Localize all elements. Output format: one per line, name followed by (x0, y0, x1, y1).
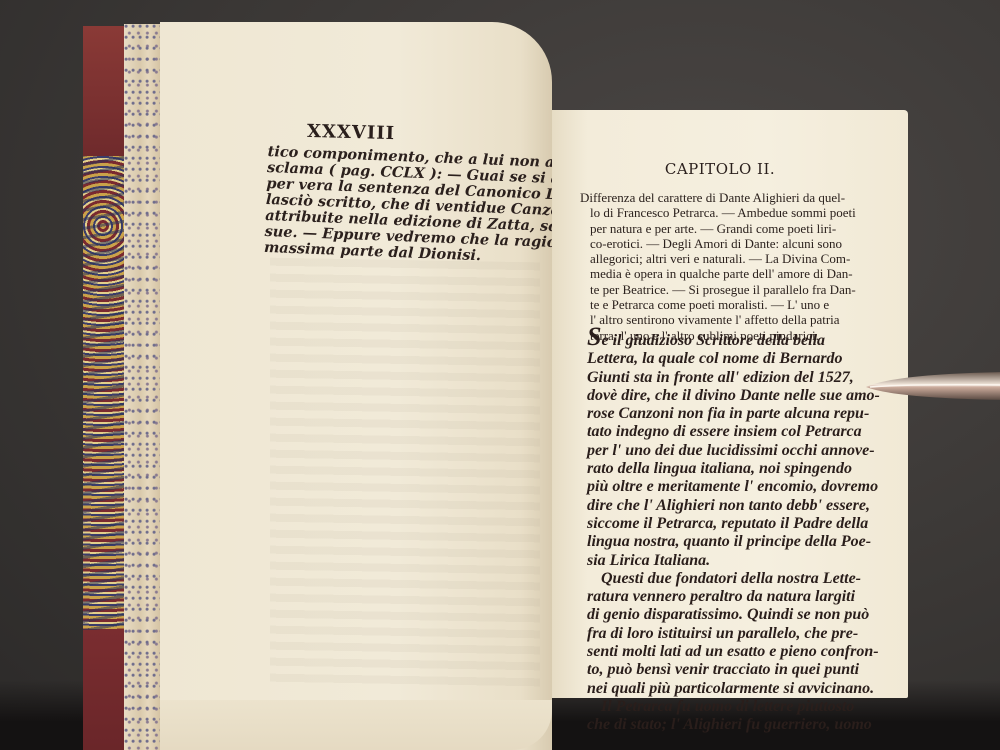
text-line: di genio disparatissimo. Quindi se non p… (587, 606, 887, 624)
text-line: siccome il Petrarca, reputato il Padre d… (587, 515, 887, 533)
text-line: ratura vennero peraltro da natura largit… (587, 588, 887, 606)
text-line: Giunti sta in fronte all' edizion del 15… (587, 369, 887, 387)
drop-cap: S (587, 322, 601, 351)
text-line: che di stato; l' Alighieri fu guerriero,… (587, 716, 887, 734)
speckled-page-edges (124, 24, 164, 750)
chapter-summary: Differenza del carattere di Dante Alighi… (580, 190, 880, 343)
left-page-text: tico componimento, che a lui non apparti… (264, 144, 558, 267)
text-line: nei quali più particolarmente si avvicin… (587, 680, 887, 698)
text-line: lingua nostra, quanto il principe della … (587, 533, 887, 551)
summary-line: allegorici; altri veri e naturali. — La … (580, 251, 880, 266)
text-line: senti molti lati ad un esatto e pieno co… (587, 643, 887, 661)
summary-line: media è opera in qualche parte dell' amo… (580, 266, 880, 281)
text-line: tato indegno di essere insiem col Petrar… (587, 423, 887, 441)
text-line: fra di loro istituirsi un parallelo, che… (587, 625, 887, 643)
text-line: per l' uno dei due lucidissimi occhi ann… (587, 442, 887, 460)
summary-line: l' altro sentirono vivamente l' affetto … (580, 312, 880, 327)
text-line: rato della lingua italiana, noi spingend… (587, 460, 887, 478)
summary-line: co-erotici. — Degli Amori di Dante: alcu… (580, 236, 880, 251)
text-line: dovè dire, che il divino Dante nelle sue… (587, 387, 887, 405)
chapter-title: CAPITOLO II. (555, 160, 885, 178)
text-line-first: Se il giudizioso Scrittore della bella (587, 328, 887, 350)
text-line: più oltre e meritamente l' encomio, dovr… (587, 478, 887, 496)
text-line: to, può bensì venir tracciato in quei pu… (587, 661, 887, 679)
chapter-body: Se il giudizioso Scrittore della bella L… (587, 328, 887, 735)
text-line: rose Canzoni non fia in parte alcuna rep… (587, 405, 887, 423)
summary-line: per natura e per arte. — Grandi come poe… (580, 221, 880, 236)
text-line: Il Petrarca fu uomo di lettere piuttosto (587, 698, 887, 716)
text-line: Questi due fondatori della nostra Lette- (587, 570, 887, 588)
page-number: XXXVIII (307, 121, 396, 144)
letter-opener-icon (864, 368, 1000, 404)
bleed-through-text (270, 258, 540, 693)
text-line: Lettera, la quale col nome di Bernardo (587, 350, 887, 368)
text-line: sia Lirica Italiana. (587, 552, 887, 570)
summary-line: te per Beatrice. — Si prosegue il parall… (580, 282, 880, 297)
summary-line: lo di Francesco Petrarca. — Ambedue somm… (580, 205, 880, 220)
left-page-curl (160, 700, 552, 750)
text-line: dire che l' Alighieri non tanto debb' es… (587, 497, 887, 515)
summary-line: Differenza del carattere di Dante Alighi… (580, 190, 880, 205)
text-line-rest: e il giudizioso Scrittore della bella (601, 332, 825, 349)
summary-line: te e Petrarca come poeti moralisti. — L'… (580, 297, 880, 312)
